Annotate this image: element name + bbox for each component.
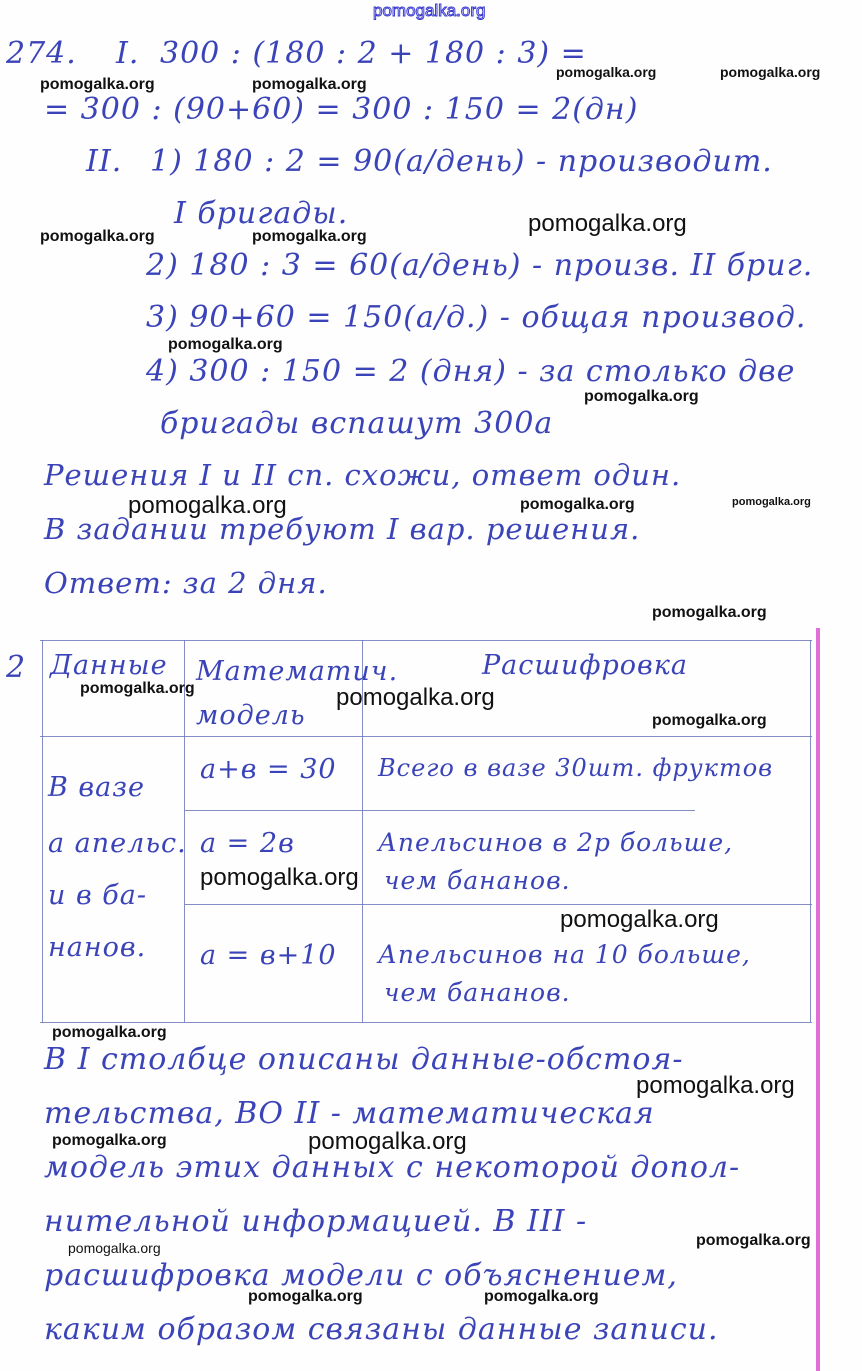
answer-line: Ответ: за 2 дня.: [44, 566, 328, 600]
watermark: pomogalka.org: [200, 864, 359, 892]
row-3-model: а = в+10: [200, 940, 337, 971]
watermark: pomogalka.org: [336, 684, 495, 712]
header-data: Данные: [50, 650, 168, 681]
data-cell-line-3: и в ба-: [48, 880, 147, 911]
watermark: pomogalka.org: [252, 76, 367, 94]
method-2-step-4: 4) 300 : 150 = 2 (дня) - за столько две: [146, 354, 795, 389]
watermark: pomogalka.org: [80, 680, 195, 698]
task-274-number: 274.: [6, 36, 77, 71]
task-2-number: 2: [6, 650, 26, 685]
data-cell-line-1: В вазе: [48, 772, 145, 803]
row-2-model: а = 2в: [200, 828, 295, 859]
watermark: pomogalka.org: [40, 76, 155, 94]
watermark: pomogalka.org: [528, 210, 687, 238]
watermark: pomogalka.org: [560, 906, 719, 934]
data-cell-line-4: нанов.: [48, 932, 146, 963]
explanation-line-2: тельства, ВО II - математическая: [44, 1096, 655, 1131]
method-1-label: I.: [116, 36, 139, 71]
conclusion-line-1: Решения I и II сп. схожи, ответ один.: [44, 458, 681, 492]
method-1-line-1: 300 : (180 : 2 + 180 : 3) =: [160, 36, 587, 71]
method-2-step-2: 2) 180 : 3 = 60(а/день) - произв. II бри…: [146, 248, 813, 283]
watermark: pomogalka.org: [252, 228, 367, 246]
data-cell-line-2: а апельс.: [48, 828, 187, 859]
row-2-decoding-line-1: Апельсинов в 2р больше,: [378, 828, 733, 857]
watermark: pomogalka.org: [484, 1288, 599, 1306]
watermark: pomogalka.org: [636, 1072, 795, 1100]
watermark: pomogalka.org: [52, 1132, 167, 1150]
site-header-watermark: pomogalka.org: [373, 1, 485, 21]
method-2-step-3: 3) 90+60 = 150(а/д.) - общая производ.: [146, 300, 806, 335]
notebook-margin-line: [816, 628, 820, 1371]
watermark: pomogalka.org: [52, 1024, 167, 1042]
header-model: Математич. модель: [196, 650, 356, 738]
header-decoding: Расшифровка: [482, 650, 688, 681]
homework-page: pomogalka.org 274. I. 300 : (180 : 2 + 1…: [0, 0, 862, 1371]
watermark: pomogalka.org: [732, 496, 811, 508]
method-2-step-1: 1) 180 : 2 = 90(а/день) - производит.: [150, 144, 773, 179]
row-1-decoding: Всего в вазе 30шт. фруктов: [378, 754, 773, 782]
watermark: pomogalka.org: [128, 492, 287, 520]
row-2-decoding-line-2: чем бананов.: [384, 866, 571, 895]
watermark: pomogalka.org: [40, 228, 155, 246]
row-3-decoding-line-1: Апельсинов на 10 больше,: [378, 940, 751, 969]
watermark: pomogalka.org: [696, 1232, 811, 1250]
watermark: pomogalka.org: [248, 1288, 363, 1306]
watermark: pomogalka.org: [308, 1128, 467, 1156]
watermark: pomogalka.org: [720, 64, 820, 80]
watermark: pomogalka.org: [520, 496, 635, 514]
method-2-step-1-cont: I бригады.: [174, 196, 348, 231]
method-2-step-4-cont: бригады вспашут 300а: [160, 406, 553, 441]
watermark: pomogalka.org: [652, 604, 767, 622]
watermark: pomogalka.org: [68, 1240, 161, 1256]
method-1-line-2: = 300 : (90+60) = 300 : 150 = 2(дн): [44, 92, 638, 127]
row-3-decoding-line-2: чем бананов.: [384, 978, 571, 1007]
watermark: pomogalka.org: [584, 388, 699, 406]
method-2-label: II.: [86, 144, 122, 179]
explanation-line-4: нительной информацией. В III -: [44, 1204, 587, 1239]
row-1-model: а+в = 30: [200, 754, 337, 785]
watermark: pomogalka.org: [168, 336, 283, 354]
explanation-line-1: В I столбце описаны данные-обстоя-: [44, 1042, 683, 1077]
watermark: pomogalka.org: [652, 712, 767, 730]
watermark: pomogalka.org: [556, 64, 656, 80]
explanation-line-6: каким образом связаны данные записи.: [44, 1312, 719, 1347]
